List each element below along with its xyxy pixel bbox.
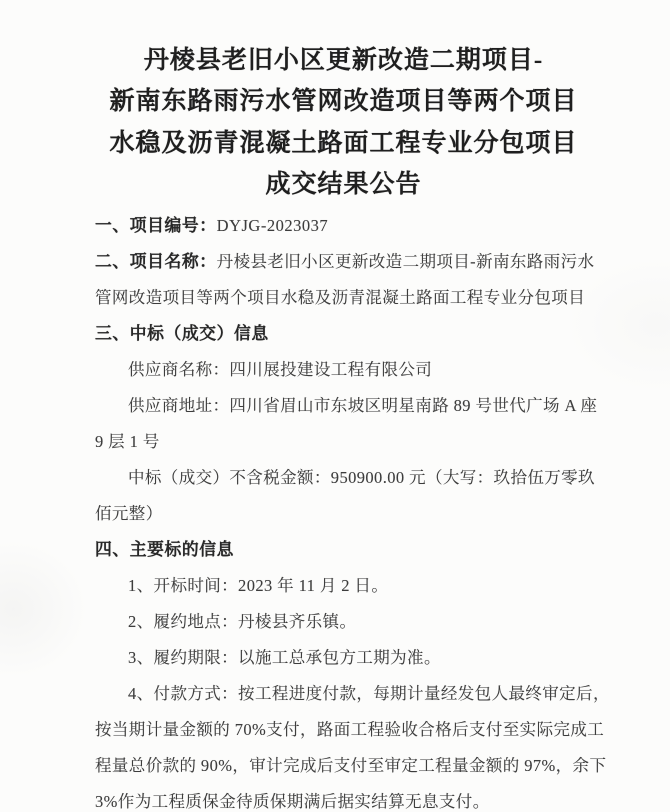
project-name-label: 二、项目名称： [95,252,217,271]
title-line-3: 水稳及沥青混凝土路面工程专业分包项目 [95,123,592,164]
award-info-heading: 三、中标（成交）信息 [95,316,592,352]
supplier-address-line-1: 供应商地址：四川省眉山市东坡区明星南路 89 号世代广场 A 座 [95,388,592,424]
project-name-line-1: 二、项目名称：丹棱县老旧小区更新改造二期项目-新南东路雨污水 [95,244,592,280]
document-title: 丹棱县老旧小区更新改造二期项目- 新南东路雨污水管网改造项目等两个项目 水稳及沥… [95,40,592,206]
supplier-name-line: 供应商名称：四川展投建设工程有限公司 [95,352,592,388]
document-content: 丹棱县老旧小区更新改造二期项目- 新南东路雨污水管网改造项目等两个项目 水稳及沥… [0,0,670,812]
performance-place-line: 2、履约地点：丹棱县齐乐镇。 [95,604,592,640]
title-line-2: 新南东路雨污水管网改造项目等两个项目 [95,81,592,122]
project-name-value-part1: 丹棱县老旧小区更新改造二期项目-新南东路雨污水 [217,252,595,271]
payment-terms-line-4: 3%作为工程质保金待质保期满后据实结算无息支付。 [95,784,592,812]
subject-info-heading: 四、主要标的信息 [95,532,592,568]
scanned-announcement-page: 丹棱县老旧小区更新改造二期项目- 新南东路雨污水管网改造项目等两个项目 水稳及沥… [0,0,670,812]
performance-period-line: 3、履约期限：以施工总承包方工期为准。 [95,640,592,676]
title-line-4: 成交结果公告 [95,164,592,205]
project-name-line-2: 管网改造项目等两个项目水稳及沥青混凝土路面工程专业分包项目 [95,280,592,316]
subject-info-heading-text: 四、主要标的信息 [95,540,234,559]
payment-terms-line-2: 按当期计量金额的 70%支付，路面工程验收合格后支付至实际完成工 [95,712,592,748]
title-line-1: 丹棱县老旧小区更新改造二期项目- [95,40,592,81]
project-number-label: 一、项目编号： [95,216,217,235]
supplier-address-line-2: 9 层 1 号 [95,424,592,460]
award-amount-line-2: 佰元整） [95,496,592,532]
award-info-heading-text: 三、中标（成交）信息 [95,324,269,343]
payment-terms-line-3: 程量总价款的 90%，审计完成后支付至审定工程量金额的 97%，余下 [95,748,592,784]
document-body: 一、项目编号：DYJG-2023037 二、项目名称：丹棱县老旧小区更新改造二期… [95,208,592,812]
payment-terms-line-1: 4、付款方式：按工程进度付款，每期计量经发包人最终审定后， [95,676,592,712]
project-number-line: 一、项目编号：DYJG-2023037 [95,208,592,244]
project-number-value: DYJG-2023037 [217,216,328,235]
award-amount-line-1: 中标（成交）不含税金额：950900.00 元（大写：玖拾伍万零玖 [95,460,592,496]
bid-opening-time-line: 1、开标时间：2023 年 11 月 2 日。 [95,568,592,604]
